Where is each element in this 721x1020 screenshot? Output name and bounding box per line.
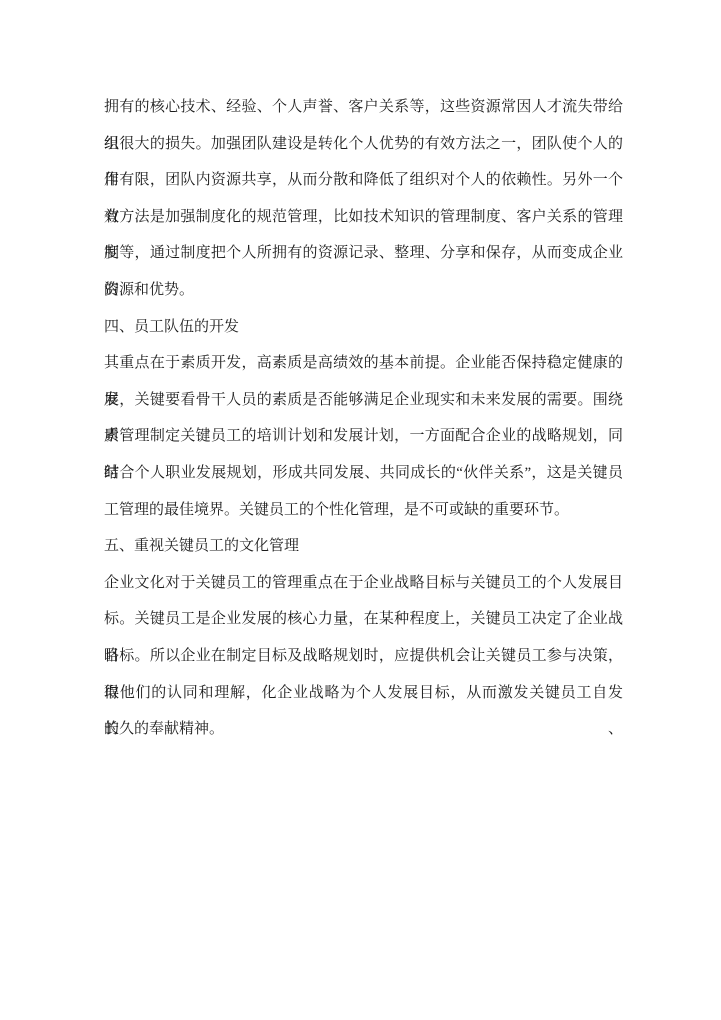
text-line: 其重点在于素质开发，高素质是高绩效的基本前提。企业能否保持稳定健康的发 (104, 345, 623, 382)
text-line: 标。关键员工是企业发展的核心力量，在某种程度上，关键员工决定了企业战略 (104, 601, 623, 638)
text-line: 企业文化对于关键员工的管理重点在于企业战略目标与关键员工的个人发展目 (104, 565, 623, 602)
document-body: 拥有的核心技术、经验、个人声誉、客户关系等，这些资源常因人才流失带给组织很大的损… (104, 89, 623, 748)
section-heading: 五、重视关键员工的文化管理 (104, 528, 623, 565)
text-line: 得他们的认同和理解，化企业战略为个人发展目标，从而激发关键员工自发的、 (104, 675, 623, 712)
text-line: 拥有的核心技术、经验、个人声誉、客户关系等，这些资源常因人才流失带给组 (104, 89, 623, 126)
text-line: 织很大的损失。加强团队建设是转化个人优势的有效方法之一，团队使个人的作 (104, 126, 623, 163)
text-line: 用有限，团队内资源共享，从而分散和降低了组织对个人的依赖性。另外一个有 (104, 162, 623, 199)
text-line: 效方法是加强制度化的规范管理，比如技术知识的管理制度、客户关系的管理制 (104, 199, 623, 236)
text-line: 工管理的最佳境界。关键员工的个性化管理，是不可或缺的重要环节。 (104, 492, 623, 529)
text-line: 结合个人职业发展规划，形成共同发展、共同成长的“伙伴关系”，这是关键员 (104, 455, 623, 492)
text-line: 资源和优势。 (104, 272, 623, 309)
text-line: 度等，通过制度把个人所拥有的资源记录、整理、分享和保存，从而变成企业的 (104, 235, 623, 272)
text-line: 目标。所以企业在制定目标及战略规划时，应提供机会让关键员工参与决策，取 (104, 638, 623, 675)
text-line: 质管理制定关键员工的培训计划和发展计划，一方面配合企业的战略规划，同时 (104, 418, 623, 455)
document-page: 拥有的核心技术、经验、个人声誉、客户关系等，这些资源常因人才流失带给组织很大的损… (0, 0, 721, 1020)
section-heading: 四、员工队伍的开发 (104, 309, 623, 346)
text-line: 展，关键要看骨干人员的素质是否能够满足企业现实和未来发展的需要。围绕素 (104, 382, 623, 419)
